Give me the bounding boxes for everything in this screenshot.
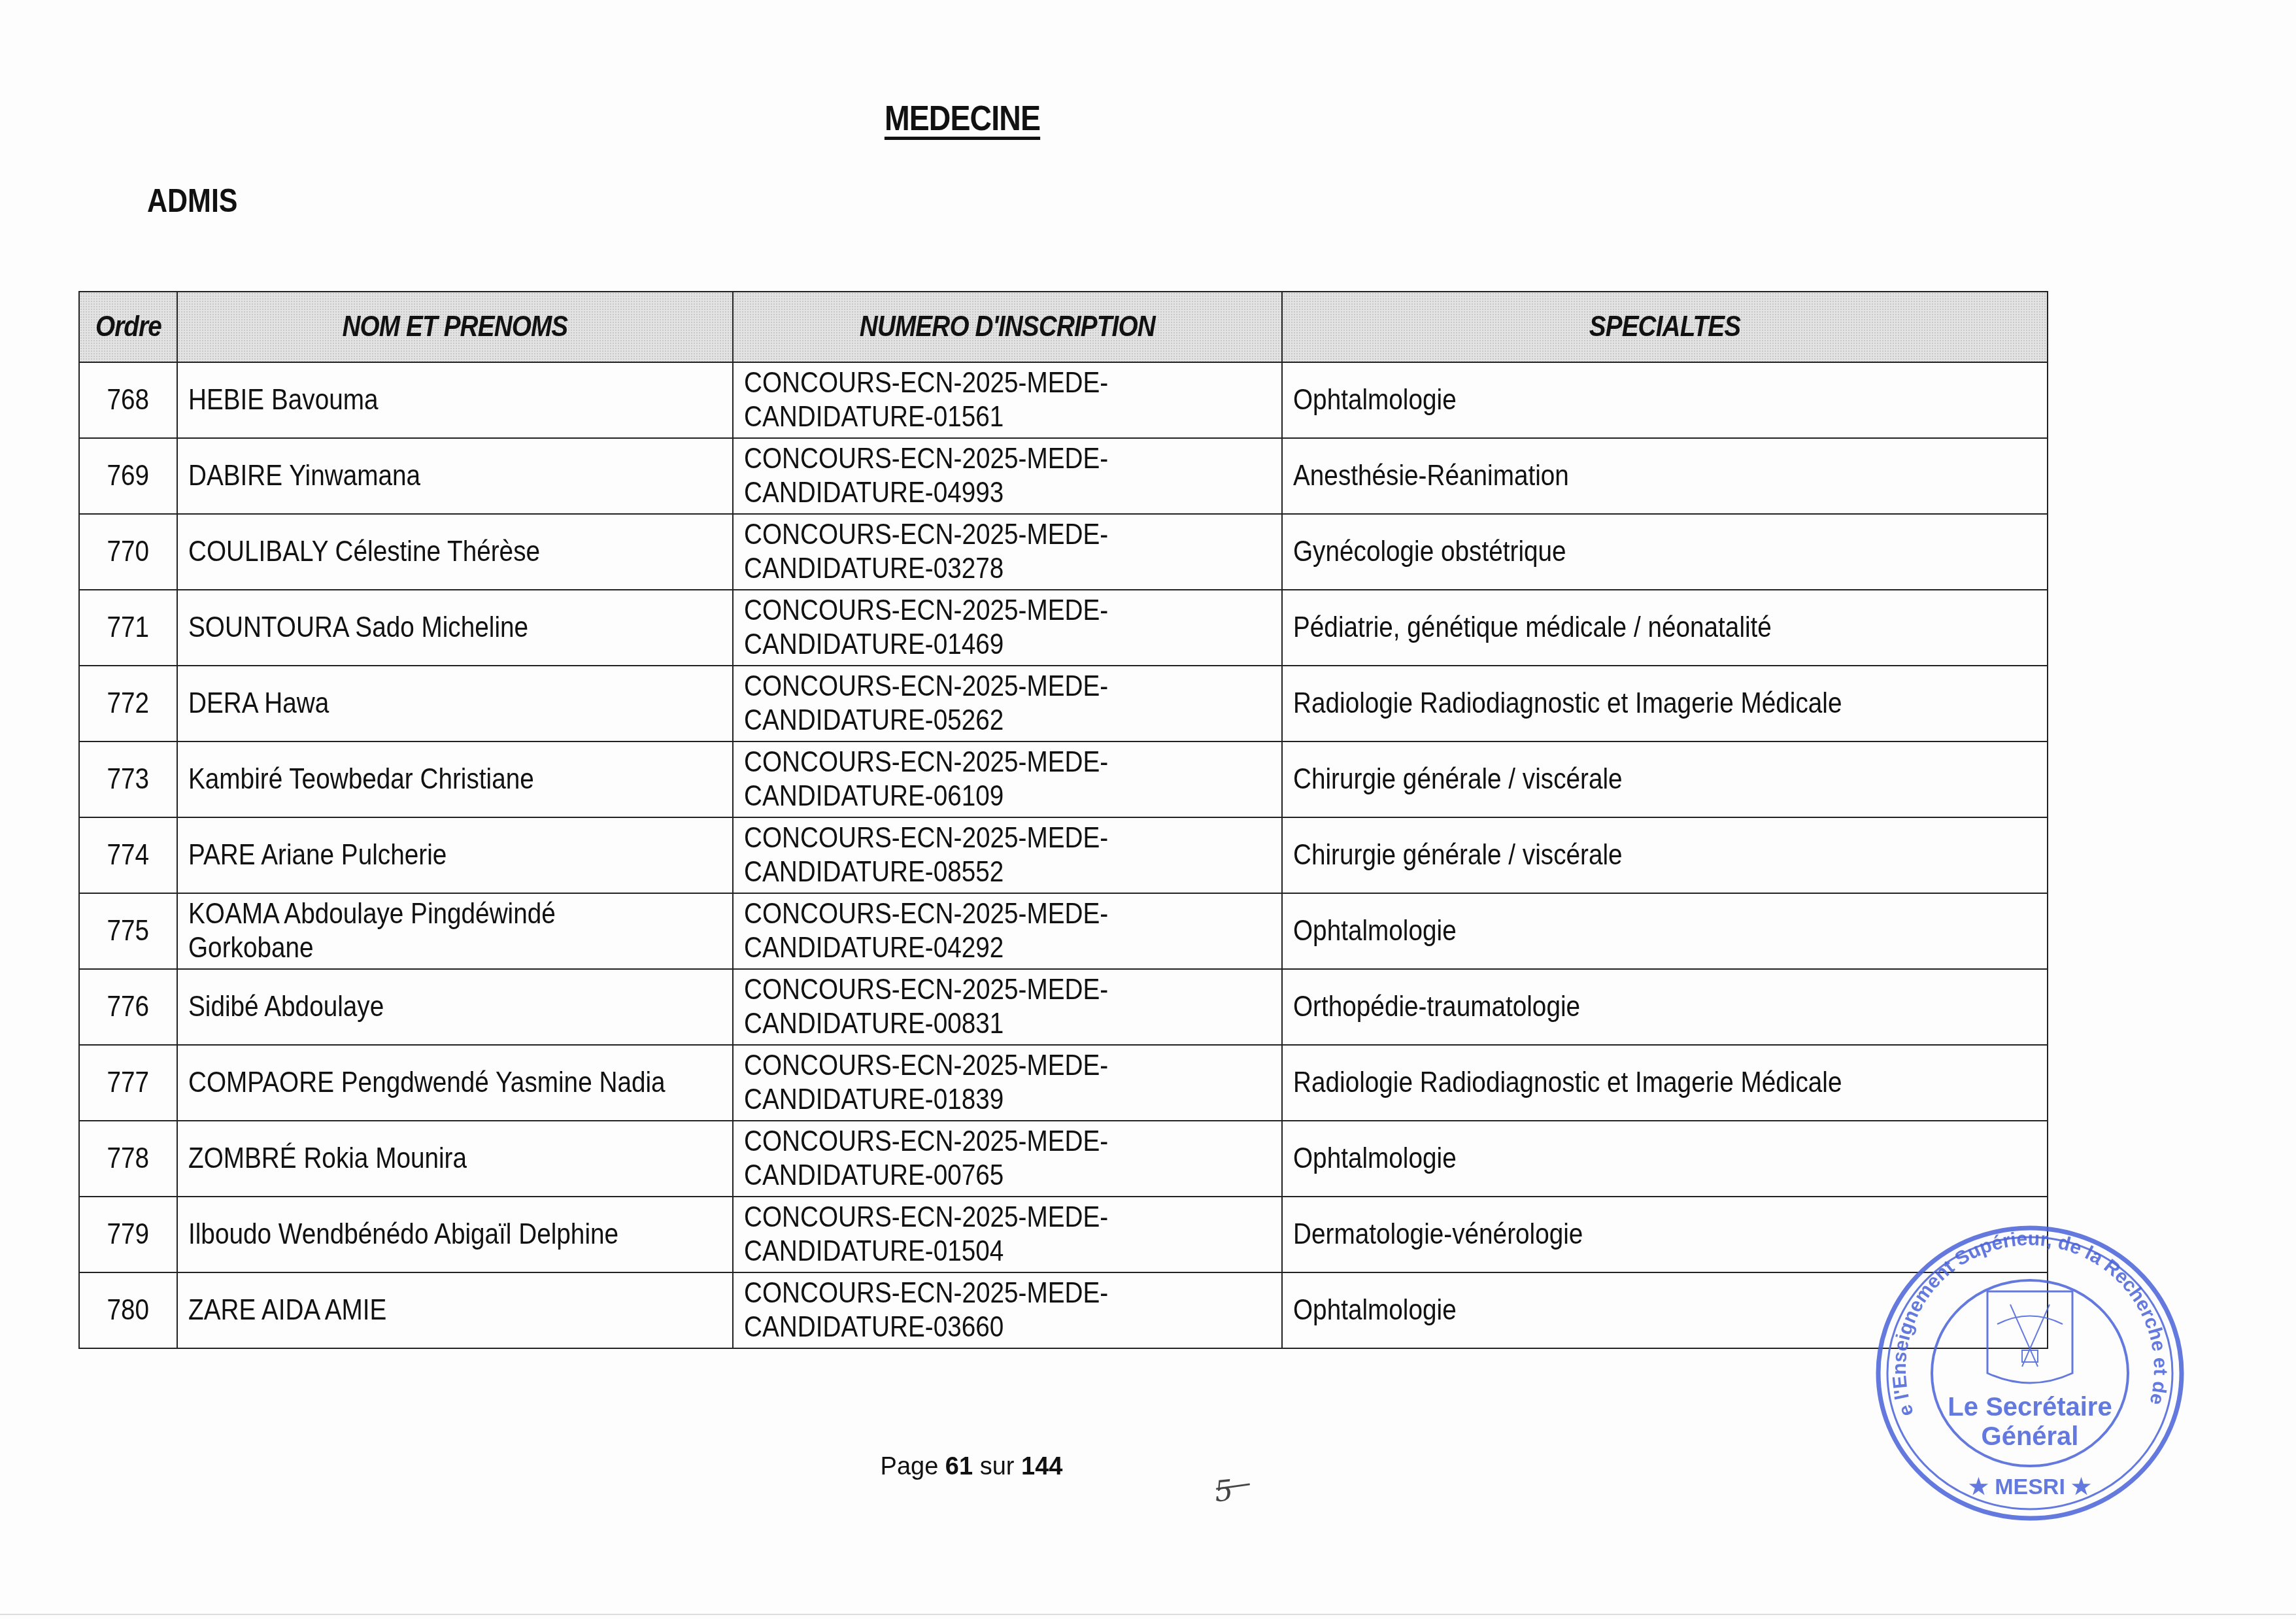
cell-nom-prenoms: SOUNTOURA Sado Micheline [177,590,733,666]
cell-ordre: 774 [79,817,177,893]
table-row: 779Ilboudo Wendbénédo Abigaïl DelphineCO… [79,1197,2048,1272]
column-header-nom: NOM ET PRENOMS [177,292,733,362]
cell-numero-inscription: CONCOURS-ECN-2025-MEDE-CANDIDATURE-03660 [733,1272,1282,1348]
cell-ordre: 771 [79,590,177,666]
cell-specialite: Anesthésie-Réanimation [1282,438,2048,514]
table-row: 780ZARE AIDA AMIECONCOURS-ECN-2025-MEDE-… [79,1272,2048,1348]
svg-text:★ MESRI ★: ★ MESRI ★ [1968,1474,2091,1499]
cell-ordre: 772 [79,666,177,741]
table-header-row: Ordre NOM ET PRENOMS NUMERO D'INSCRIPTIO… [79,292,2048,362]
cell-specialite: Radiologie Radiodiagnostic et Imagerie M… [1282,1045,2048,1121]
table-row: 778ZOMBRÉ Rokia MouniraCONCOURS-ECN-2025… [79,1121,2048,1197]
cell-specialite: Chirurgie générale / viscérale [1282,817,2048,893]
cell-specialite: Ophtalmologie [1282,893,2048,969]
cell-numero-inscription: CONCOURS-ECN-2025-MEDE-CANDIDATURE-08552 [733,817,1282,893]
table-row: 774PARE Ariane PulcherieCONCOURS-ECN-202… [79,817,2048,893]
cell-specialite: Radiologie Radiodiagnostic et Imagerie M… [1282,666,2048,741]
cell-ordre: 779 [79,1197,177,1272]
cell-numero-inscription: CONCOURS-ECN-2025-MEDE-CANDIDATURE-06109 [733,741,1282,817]
cell-ordre: 768 [79,362,177,438]
page-number: Page 61 sur 144 [0,1453,2119,1481]
column-header-numero: NUMERO D'INSCRIPTION [733,292,1282,362]
cell-nom-prenoms: Kambiré Teowbedar Christiane [177,741,733,817]
column-header-specialite: SPECIALTES [1282,292,2048,362]
cell-ordre: 769 [79,438,177,514]
cell-numero-inscription: CONCOURS-ECN-2025-MEDE-CANDIDATURE-01504 [733,1197,1282,1272]
column-header-ordre: Ordre [79,292,177,362]
table-row: 768HEBIE BavoumaCONCOURS-ECN-2025-MEDE-C… [79,362,2048,438]
cell-specialite: Gynécologie obstétrique [1282,514,2048,590]
official-stamp-icon: Ministère de l'Enseignement Supérieur, d… [1866,1213,2193,1527]
page-prefix: Page [881,1453,945,1480]
table-row: 776Sidibé AbdoulayeCONCOURS-ECN-2025-MED… [79,969,2048,1045]
cell-ordre: 770 [79,514,177,590]
table-row: 773Kambiré Teowbedar ChristianeCONCOURS-… [79,741,2048,817]
cell-ordre: 777 [79,1045,177,1121]
cell-ordre: 780 [79,1272,177,1348]
cell-nom-prenoms: KOAMA Abdoulaye PingdéwindéGorkobane [177,893,733,969]
cell-ordre: 773 [79,741,177,817]
cell-nom-prenoms: ZARE AIDA AMIE [177,1272,733,1348]
cell-numero-inscription: CONCOURS-ECN-2025-MEDE-CANDIDATURE-01561 [733,362,1282,438]
cell-numero-inscription: CONCOURS-ECN-2025-MEDE-CANDIDATURE-03278 [733,514,1282,590]
page-current: 61 [945,1453,973,1480]
cell-nom-prenoms: HEBIE Bavouma [177,362,733,438]
cell-numero-inscription: CONCOURS-ECN-2025-MEDE-CANDIDATURE-00765 [733,1121,1282,1197]
table-row: 770COULIBALY Célestine ThérèseCONCOURS-E… [79,514,2048,590]
cell-nom-prenoms: ZOMBRÉ Rokia Mounira [177,1121,733,1197]
cell-numero-inscription: CONCOURS-ECN-2025-MEDE-CANDIDATURE-04993 [733,438,1282,514]
table-row: 775KOAMA Abdoulaye PingdéwindéGorkobaneC… [79,893,2048,969]
cell-specialite: Pédiatrie, génétique médicale / néonatal… [1282,590,2048,666]
cell-specialite: Orthopédie-traumatologie [1282,969,2048,1045]
cell-nom-prenoms: DERA Hawa [177,666,733,741]
cell-nom-prenoms: COULIBALY Célestine Thérèse [177,514,733,590]
cell-ordre: 778 [79,1121,177,1197]
cell-numero-inscription: CONCOURS-ECN-2025-MEDE-CANDIDATURE-01839 [733,1045,1282,1121]
cell-ordre: 775 [79,893,177,969]
document-title: MEDECINE [135,98,1790,139]
table-row: 771SOUNTOURA Sado MichelineCONCOURS-ECN-… [79,590,2048,666]
cell-nom-prenoms: Sidibé Abdoulaye [177,969,733,1045]
svg-text:Le Secrétaire: Le Secrétaire [1948,1393,2112,1422]
cell-numero-inscription: CONCOURS-ECN-2025-MEDE-CANDIDATURE-00831 [733,969,1282,1045]
table-row: 777COMPAORE Pengdwendé Yasmine NadiaCONC… [79,1045,2048,1121]
cell-numero-inscription: CONCOURS-ECN-2025-MEDE-CANDIDATURE-01469 [733,590,1282,666]
table-row: 769DABIRE YinwamanaCONCOURS-ECN-2025-MED… [79,438,2048,514]
page-middle: sur [973,1453,1021,1480]
scan-edge-divider [0,1614,2296,1615]
handwritten-correction: 5 [1213,1474,1234,1509]
svg-text:Général: Général [1982,1422,2079,1451]
cell-specialite: Ophtalmologie [1282,362,2048,438]
cell-nom-prenoms: Ilboudo Wendbénédo Abigaïl Delphine [177,1197,733,1272]
page-total: 144 [1021,1453,1062,1480]
table-row: 772DERA HawaCONCOURS-ECN-2025-MEDE-CANDI… [79,666,2048,741]
cell-numero-inscription: CONCOURS-ECN-2025-MEDE-CANDIDATURE-04292 [733,893,1282,969]
cell-specialite: Chirurgie générale / viscérale [1282,741,2048,817]
cell-numero-inscription: CONCOURS-ECN-2025-MEDE-CANDIDATURE-05262 [733,666,1282,741]
cell-nom-prenoms: PARE Ariane Pulcherie [177,817,733,893]
cell-nom-prenoms: DABIRE Yinwamana [177,438,733,514]
cell-specialite: Ophtalmologie [1282,1121,2048,1197]
cell-ordre: 776 [79,969,177,1045]
admitted-candidates-table: Ordre NOM ET PRENOMS NUMERO D'INSCRIPTIO… [78,291,2048,1349]
cell-nom-prenoms: COMPAORE Pengdwendé Yasmine Nadia [177,1045,733,1121]
section-subtitle: ADMIS [147,182,238,220]
